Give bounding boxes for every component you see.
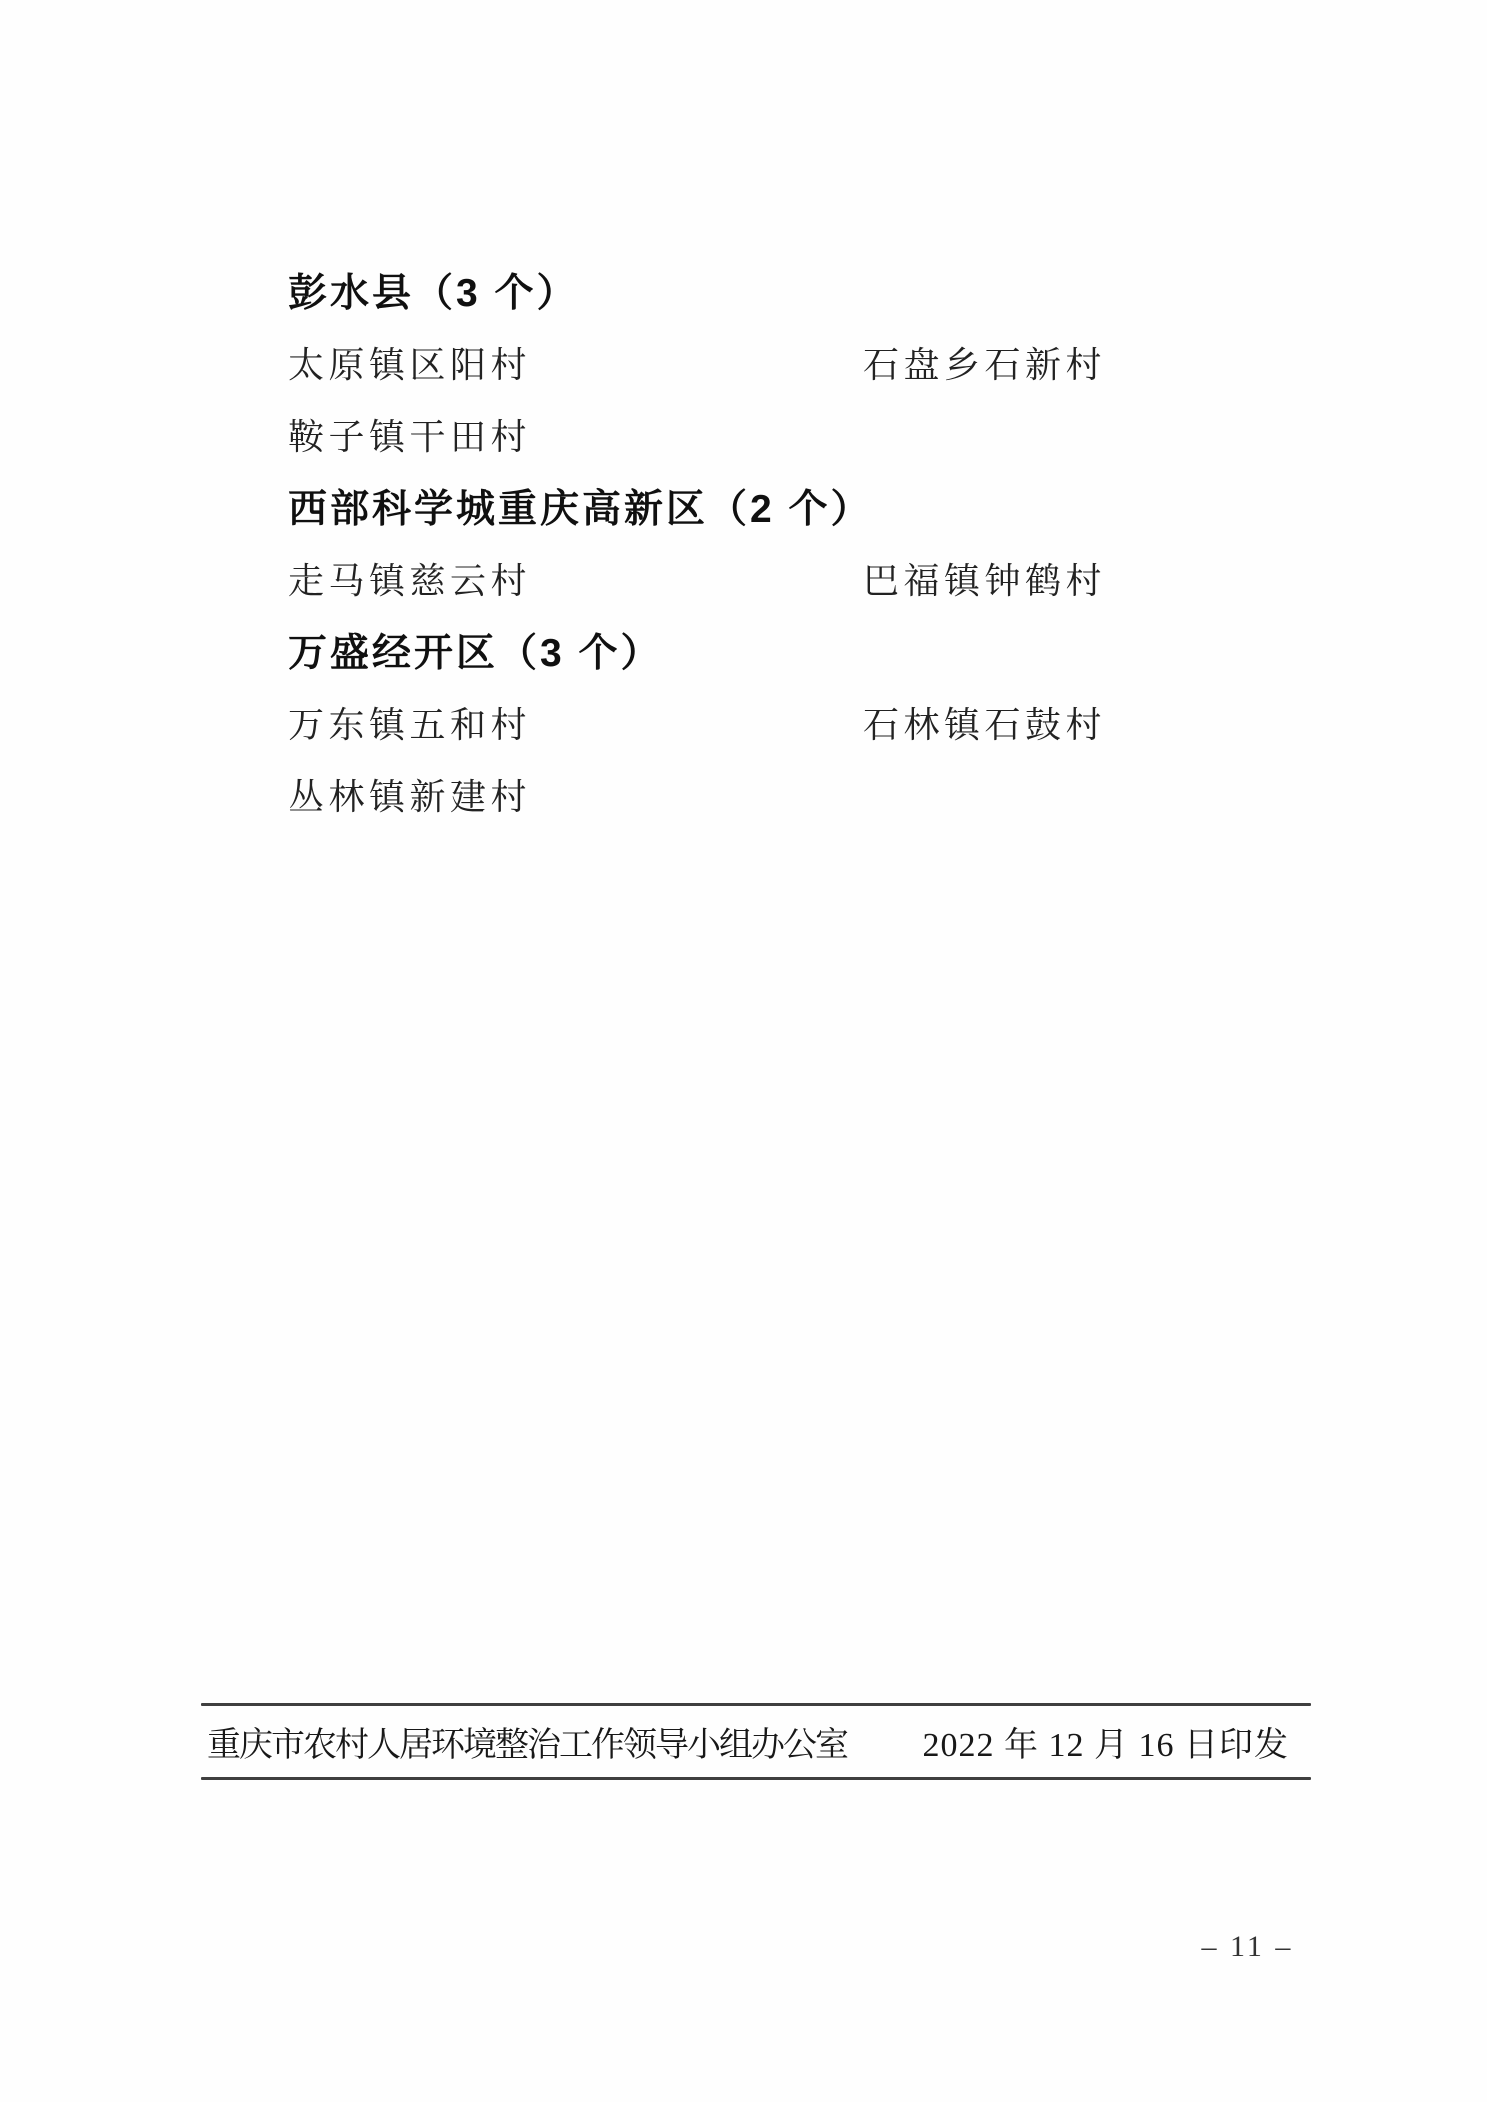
village-name: 万东镇五和村: [288, 697, 863, 748]
village-list: 彭水县（3 个） 太原镇区阳村 石盘乡石新村 鞍子镇干田村 西部科学城重庆高新区…: [288, 254, 1397, 830]
section-heading-gaoxinqu: 西部科学城重庆高新区（2 个）: [288, 470, 1397, 542]
colophon-text-row: 重庆市农村人居环境整治工作领导小组办公室 2022 年 12 月 16 日印发: [201, 1706, 1311, 1777]
page-number: – 11 –: [1185, 1930, 1310, 1964]
village-row: 丛林镇新建村: [288, 758, 1397, 830]
village-row: 走马镇慈云村 巴福镇钟鹤村: [288, 542, 1397, 614]
village-name: 石林镇石鼓村: [863, 697, 1397, 748]
village-name: 太原镇区阳村: [288, 337, 863, 388]
village-name: 鞍子镇干田村: [288, 409, 863, 460]
colophon: 重庆市农村人居环境整治工作领导小组办公室 2022 年 12 月 16 日印发: [201, 1703, 1311, 1780]
colophon-bottom-rule: [201, 1777, 1311, 1780]
issuing-office: 重庆市农村人居环境整治工作领导小组办公室: [207, 1717, 847, 1766]
village-name: 巴福镇钟鹤村: [863, 553, 1397, 604]
village-name: 石盘乡石新村: [863, 337, 1397, 388]
section-heading-pengshui: 彭水县（3 个）: [288, 254, 1397, 326]
village-row: 鞍子镇干田村: [288, 398, 1397, 470]
village-row: 太原镇区阳村 石盘乡石新村: [288, 326, 1397, 398]
section-heading-wansheng: 万盛经开区（3 个）: [288, 614, 1397, 686]
village-row: 万东镇五和村 石林镇石鼓村: [288, 686, 1397, 758]
print-date: 2022 年 12 月 16 日印发: [923, 1717, 1290, 1766]
document-page: 彭水县（3 个） 太原镇区阳村 石盘乡石新村 鞍子镇干田村 西部科学城重庆高新区…: [0, 0, 1487, 2102]
village-name: 丛林镇新建村: [288, 769, 863, 820]
village-name: 走马镇慈云村: [288, 553, 863, 604]
